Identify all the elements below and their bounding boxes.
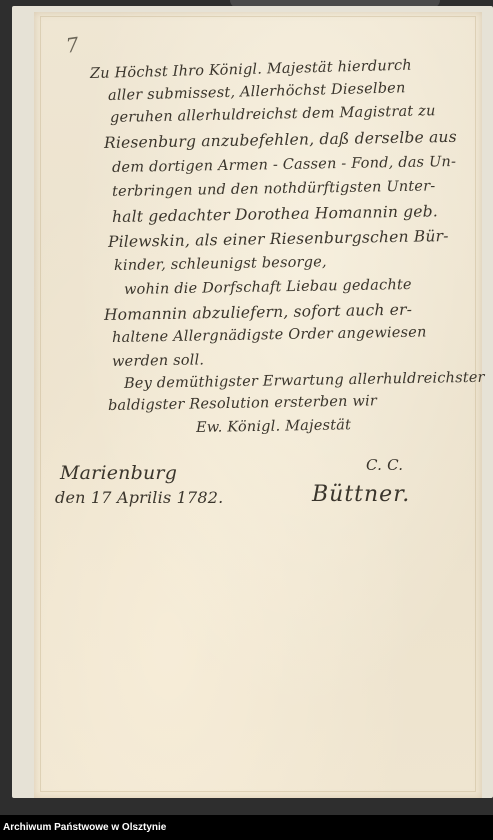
manuscript-line: Ew. Königl. Majestät: [196, 417, 351, 436]
folio-number: 7: [64, 32, 80, 58]
document-viewer: 7 Zu Höchst Ihro Königl. Majestät hierdu…: [0, 0, 493, 840]
document-date: den 17 Aprilis 1782.: [55, 488, 223, 507]
archive-label: Archiwum Państwowe w Olsztynie: [3, 822, 166, 833]
scan-image: 7 Zu Höchst Ihro Königl. Majestät hierdu…: [0, 0, 493, 815]
signature: Büttner.: [312, 482, 410, 507]
place-name: Marienburg: [60, 462, 177, 484]
manuscript-line: werden soll.: [112, 352, 204, 370]
footer-bar: Archiwum Państwowe w Olsztynie: [0, 815, 493, 840]
signature-initials: C. C.: [366, 456, 403, 474]
